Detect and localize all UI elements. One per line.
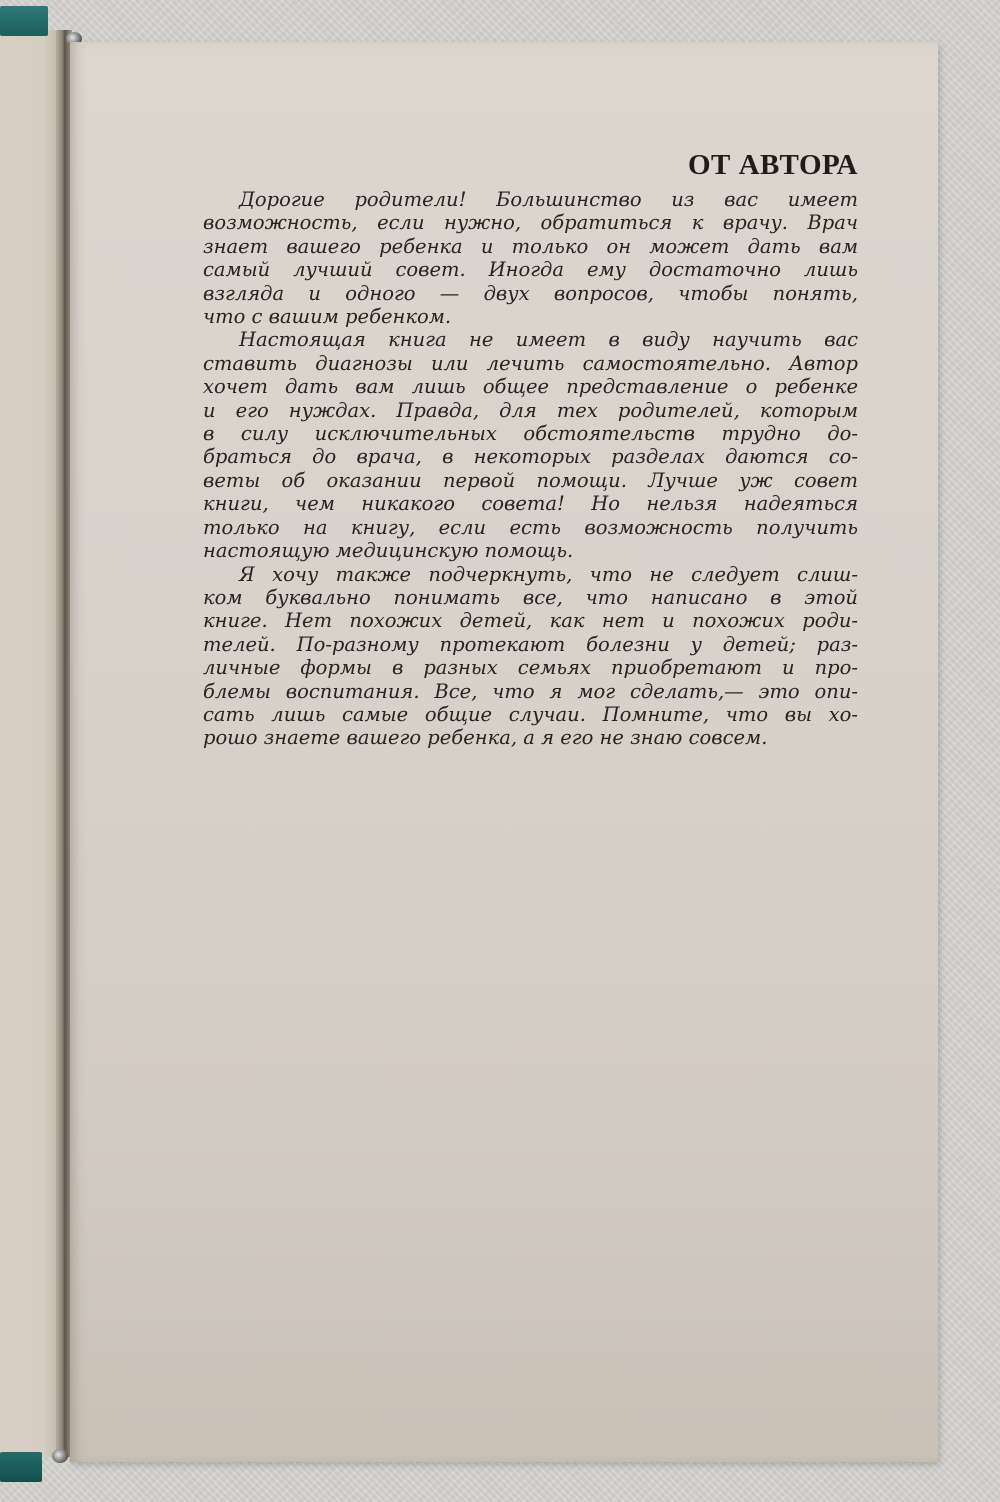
text-line: возможность, если нужно, обратиться к вр… (203, 211, 858, 234)
text-line: настоящую медицинскую помощь. (203, 539, 858, 562)
text-line: знает вашего ребенка и только он может д… (203, 235, 858, 258)
paragraph-2: Настоящая книга не имеет в виду научить … (203, 328, 858, 562)
text-line: самый лучший совет. Иногда ему достаточн… (203, 258, 858, 281)
text-line: книги, чем никакого совета! Но нельзя на… (203, 492, 858, 515)
text-line: в силу исключительных обстоятельств труд… (203, 422, 858, 445)
text-line: и его нуждах. Правда, для тех родителей,… (203, 399, 858, 422)
text-line: ком буквально понимать все, что написано… (203, 586, 858, 609)
text-line: только на книгу, если есть возможность п… (203, 516, 858, 539)
book-cover-corner-bottom (0, 1452, 42, 1482)
book-page: ОТ АВТОРА Дорогие родители! Большинство … (70, 42, 938, 1462)
text-line: браться до врача, в некоторых разделах д… (203, 445, 858, 468)
text-line: личные формы в разных семьях приобретают… (203, 656, 858, 679)
binding-thread-bottom-icon (52, 1449, 68, 1463)
text-line: взгляда и одного — двух вопросов, чтобы … (203, 282, 858, 305)
page-body-text: Дорогие родители! Большинство из вас име… (203, 188, 858, 750)
text-line: ставить диагнозы или лечить самостоятель… (203, 352, 858, 375)
book-cover-corner-top (0, 6, 48, 36)
text-line: Дорогие родители! Большинство из вас име… (203, 188, 858, 211)
text-line: хочет дать вам лишь общее представление … (203, 375, 858, 398)
text-line: книге. Нет похожих детей, как нет и похо… (203, 609, 858, 632)
text-line: что с вашим ребенком. (203, 305, 858, 328)
paragraph-3: Я хочу также подчеркнуть, что не следует… (203, 563, 858, 750)
text-line: рошо знаете вашего ребенка, а я его не з… (203, 726, 858, 749)
page-heading: ОТ АВТОРА (688, 149, 858, 182)
text-line: телей. По-разному протекают болезни у де… (203, 633, 858, 656)
text-line: блемы воспитания. Все, что я мог сделать… (203, 680, 858, 703)
text-line: веты об оказании первой помощи. Лучше уж… (203, 469, 858, 492)
text-line: Настоящая книга не имеет в виду научить … (203, 328, 858, 351)
text-line: Я хочу также подчеркнуть, что не следует… (203, 563, 858, 586)
paragraph-1: Дорогие родители! Большинство из вас име… (203, 188, 858, 328)
text-line: сать лишь самые общие случаи. Помните, ч… (203, 703, 858, 726)
left-page-edge (0, 30, 62, 1457)
